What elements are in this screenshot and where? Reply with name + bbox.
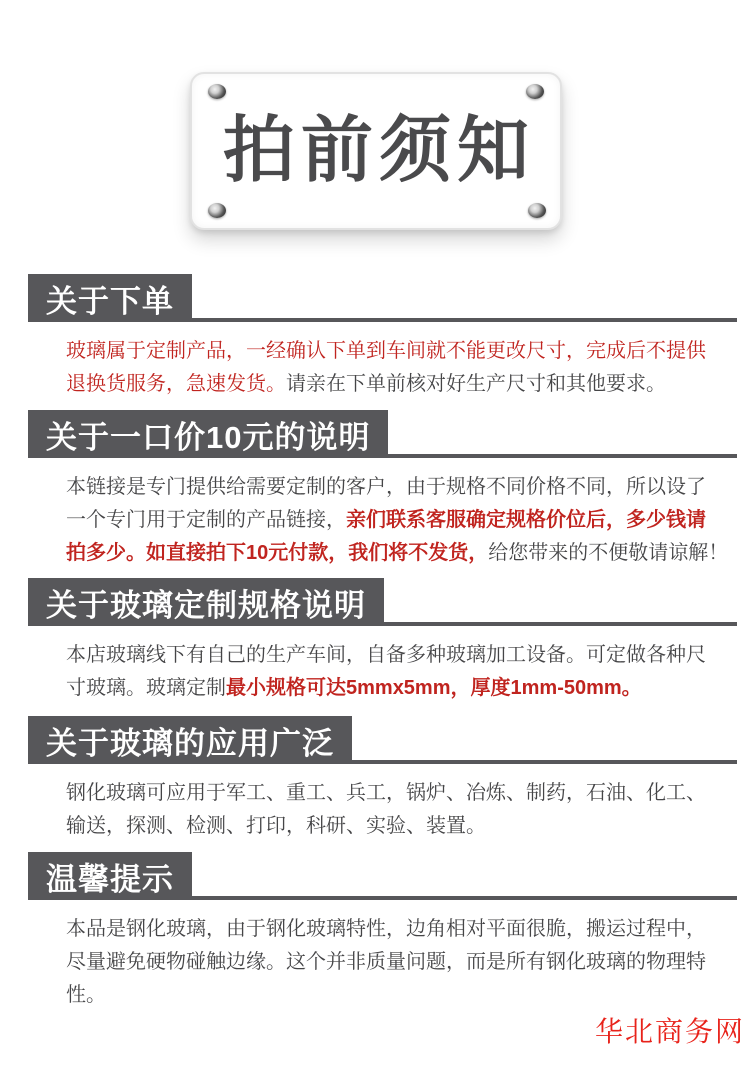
section-title: 温馨提示: [28, 852, 192, 900]
section-title: 关于下单: [28, 274, 192, 322]
highlighted-text: 拍多少。如直接拍下10元付款，我们将不发货，: [66, 542, 488, 564]
page-title: 拍前须知: [217, 115, 535, 187]
body-text: 输送，探测、检测、打印，科研、实验、装置。: [66, 815, 486, 837]
body-text: 一个专门用于定制的产品链接，: [66, 509, 346, 531]
pre-purchase-notice-page: 拍前须知 关于下单玻璃属于定制产品，一经确认下单到车间就不能更改尺寸，完成后不提…: [0, 0, 750, 1073]
screw-icon: [526, 84, 544, 99]
section-header-row: 温馨提示: [28, 852, 737, 900]
screw-icon: [208, 84, 226, 99]
notice-section: 关于玻璃定制规格说明本店玻璃线下有自己的生产车间，自备多种玻璃加工设备。可定做各…: [28, 578, 737, 705]
notice-section: 关于下单玻璃属于定制产品，一经确认下单到车间就不能更改尺寸，完成后不提供退换货服…: [28, 274, 737, 401]
highlighted-text: 退换货服务，急速发货。: [66, 373, 286, 395]
body-text: 给您带来的不便敬请谅解！: [488, 542, 728, 564]
body-text: 本店玻璃线下有自己的生产车间，自备多种玻璃加工设备。可定做各种尺: [66, 644, 706, 666]
paragraph-line: 本品是钢化玻璃，由于钢化玻璃特性，边角相对平面很脆，搬运过程中，: [66, 913, 737, 946]
body-text: 本品是钢化玻璃，由于钢化玻璃特性，边角相对平面很脆，搬运过程中，: [66, 918, 706, 940]
paragraph-line: 本店玻璃线下有自己的生产车间，自备多种玻璃加工设备。可定做各种尺: [66, 639, 737, 672]
highlighted-text: 亲们联系客服确定规格价位后，多少钱请: [346, 509, 706, 531]
notice-section: 关于玻璃的应用广泛钢化玻璃可应用于军工、重工、兵工，锅炉、冶炼、制药，石油、化工…: [28, 716, 737, 843]
body-text: 请亲在下单前核对好生产尺寸和其他要求。: [286, 373, 666, 395]
body-text: 寸玻璃。玻璃定制: [66, 677, 226, 699]
highlighted-text: 玻璃属于定制产品，一经确认下单到车间就不能更改尺寸，完成后不提供: [66, 340, 706, 362]
paragraph-line: 性。: [66, 979, 737, 1012]
section-header-row: 关于一口价10元的说明: [28, 410, 737, 458]
paragraph-line: 尽量避免硬物碰触边缘。这个并非质量问题，而是所有钢化玻璃的物理特: [66, 946, 737, 979]
section-title: 关于玻璃定制规格说明: [28, 578, 384, 626]
notice-section: 温馨提示本品是钢化玻璃，由于钢化玻璃特性，边角相对平面很脆，搬运过程中，尽量避免…: [28, 852, 737, 1012]
watermark-text: 华北商务网: [595, 1010, 745, 1050]
body-text: 尽量避免硬物碰触边缘。这个并非质量问题，而是所有钢化玻璃的物理特: [66, 951, 706, 973]
notice-section: 关于一口价10元的说明本链接是专门提供给需要定制的客户，由于规格不同价格不同，所…: [28, 410, 737, 570]
title-plate: 拍前须知: [190, 72, 562, 230]
section-paragraph: 玻璃属于定制产品，一经确认下单到车间就不能更改尺寸，完成后不提供退换货服务，急速…: [66, 335, 737, 401]
section-paragraph: 本链接是专门提供给需要定制的客户，由于规格不同价格不同，所以设了一个专门用于定制…: [66, 471, 737, 570]
section-paragraph: 本店玻璃线下有自己的生产车间，自备多种玻璃加工设备。可定做各种尺寸玻璃。玻璃定制…: [66, 639, 737, 705]
section-paragraph: 钢化玻璃可应用于军工、重工、兵工，锅炉、冶炼、制药，石油、化工、输送，探测、检测…: [66, 777, 737, 843]
section-title: 关于玻璃的应用广泛: [28, 716, 352, 764]
screw-icon: [528, 203, 546, 218]
paragraph-line: 输送，探测、检测、打印，科研、实验、装置。: [66, 810, 737, 843]
body-text: 性。: [66, 984, 106, 1006]
section-header-row: 关于玻璃的应用广泛: [28, 716, 737, 764]
section-title: 关于一口价10元的说明: [28, 410, 388, 458]
paragraph-line: 本链接是专门提供给需要定制的客户，由于规格不同价格不同，所以设了: [66, 471, 737, 504]
section-header-row: 关于下单: [28, 274, 737, 322]
paragraph-line: 寸玻璃。玻璃定制最小规格可达5mmx5mm，厚度1mm-50mm。: [66, 672, 737, 705]
paragraph-line: 钢化玻璃可应用于军工、重工、兵工，锅炉、冶炼、制药，石油、化工、: [66, 777, 737, 810]
paragraph-line: 拍多少。如直接拍下10元付款，我们将不发货，给您带来的不便敬请谅解！: [66, 537, 737, 570]
screw-icon: [208, 203, 226, 218]
paragraph-line: 一个专门用于定制的产品链接，亲们联系客服确定规格价位后，多少钱请: [66, 504, 737, 537]
section-header-row: 关于玻璃定制规格说明: [28, 578, 737, 626]
body-text: 钢化玻璃可应用于军工、重工、兵工，锅炉、冶炼、制药，石油、化工、: [66, 782, 706, 804]
highlighted-text: 最小规格可达5mmx5mm，厚度1mm-50mm。: [226, 677, 642, 699]
paragraph-line: 退换货服务，急速发货。请亲在下单前核对好生产尺寸和其他要求。: [66, 368, 737, 401]
body-text: 本链接是专门提供给需要定制的客户，由于规格不同价格不同，所以设了: [66, 476, 706, 498]
paragraph-line: 玻璃属于定制产品，一经确认下单到车间就不能更改尺寸，完成后不提供: [66, 335, 737, 368]
section-paragraph: 本品是钢化玻璃，由于钢化玻璃特性，边角相对平面很脆，搬运过程中，尽量避免硬物碰触…: [66, 913, 737, 1012]
